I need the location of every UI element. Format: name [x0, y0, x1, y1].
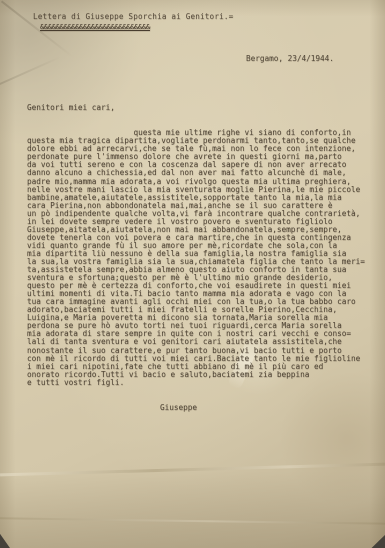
letter-title: Lettera di Giuseppe Sporchia ai Genitori…	[33, 12, 233, 21]
paper-crease	[0, 517, 385, 524]
scanned-letter-page: { "page": { "background_color": "#45413a…	[0, 0, 385, 548]
letter-title-underline: &&&&&&&&&&&&&&&&&&&&&&&&&&&&	[40, 22, 150, 31]
letter-body: Genitori miei cari, questa mie ultime ri…	[27, 88, 372, 428]
paper-crease	[0, 56, 61, 86]
letter-signature: Giuseppe	[27, 404, 372, 412]
aged-paper: Lettera di Giuseppe Sporchia ai Genitori…	[0, 0, 385, 548]
letter-salutation: Genitori miei cari,	[27, 104, 372, 112]
paper-crease	[0, 463, 385, 477]
letter-lines: questa mie ultime righe vi siano di conf…	[27, 129, 372, 387]
letter-dateline: Bergamo, 23/4/1944.	[246, 54, 334, 63]
letter-line: e tutti vostri figli.	[27, 379, 372, 387]
